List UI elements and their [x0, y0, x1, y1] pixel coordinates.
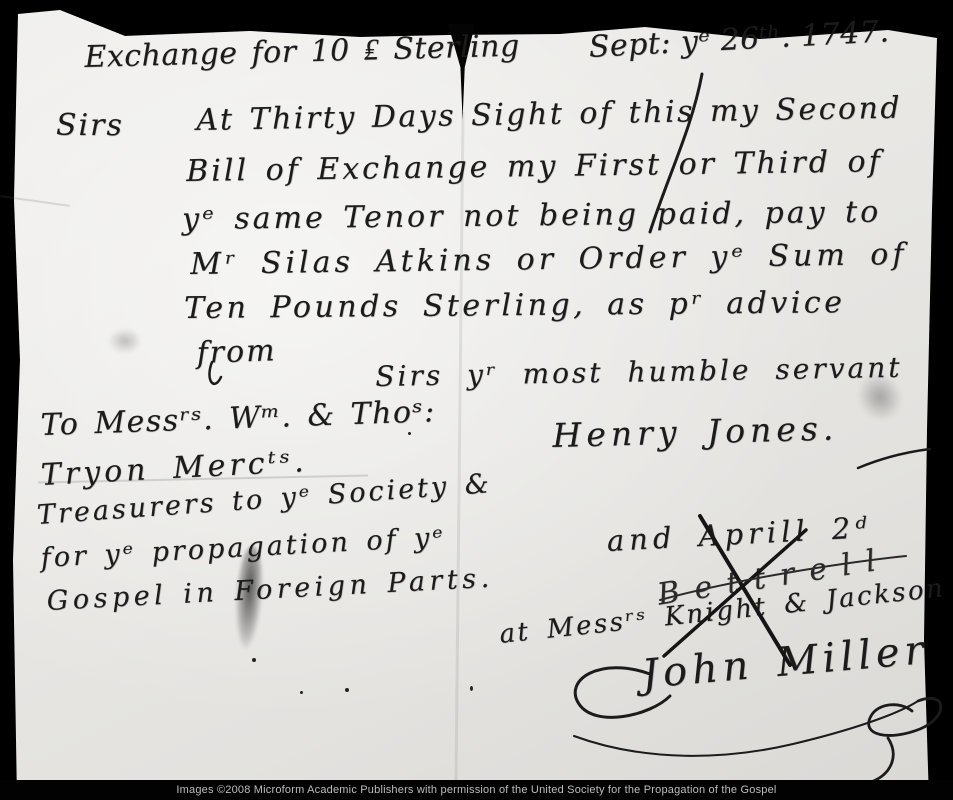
- copyright-bar: Images ©2008 Microform Academic Publishe…: [0, 780, 953, 800]
- copyright-text: Images ©2008 Microform Academic Publishe…: [176, 784, 776, 796]
- body-line: Ten Pounds Sterling, as pʳ advice: [184, 285, 846, 326]
- manuscript-photo: Exchange for 10 ₤ Sterling Sept: yᵉ 26ᵗʰ…: [0, 0, 953, 800]
- body-line: from: [196, 333, 277, 371]
- body-line: yᵉ same Tenor not being paid, pay to: [182, 195, 881, 237]
- salutation: Sirs: [56, 108, 124, 143]
- closing-signature: Henry Jones.: [552, 409, 839, 455]
